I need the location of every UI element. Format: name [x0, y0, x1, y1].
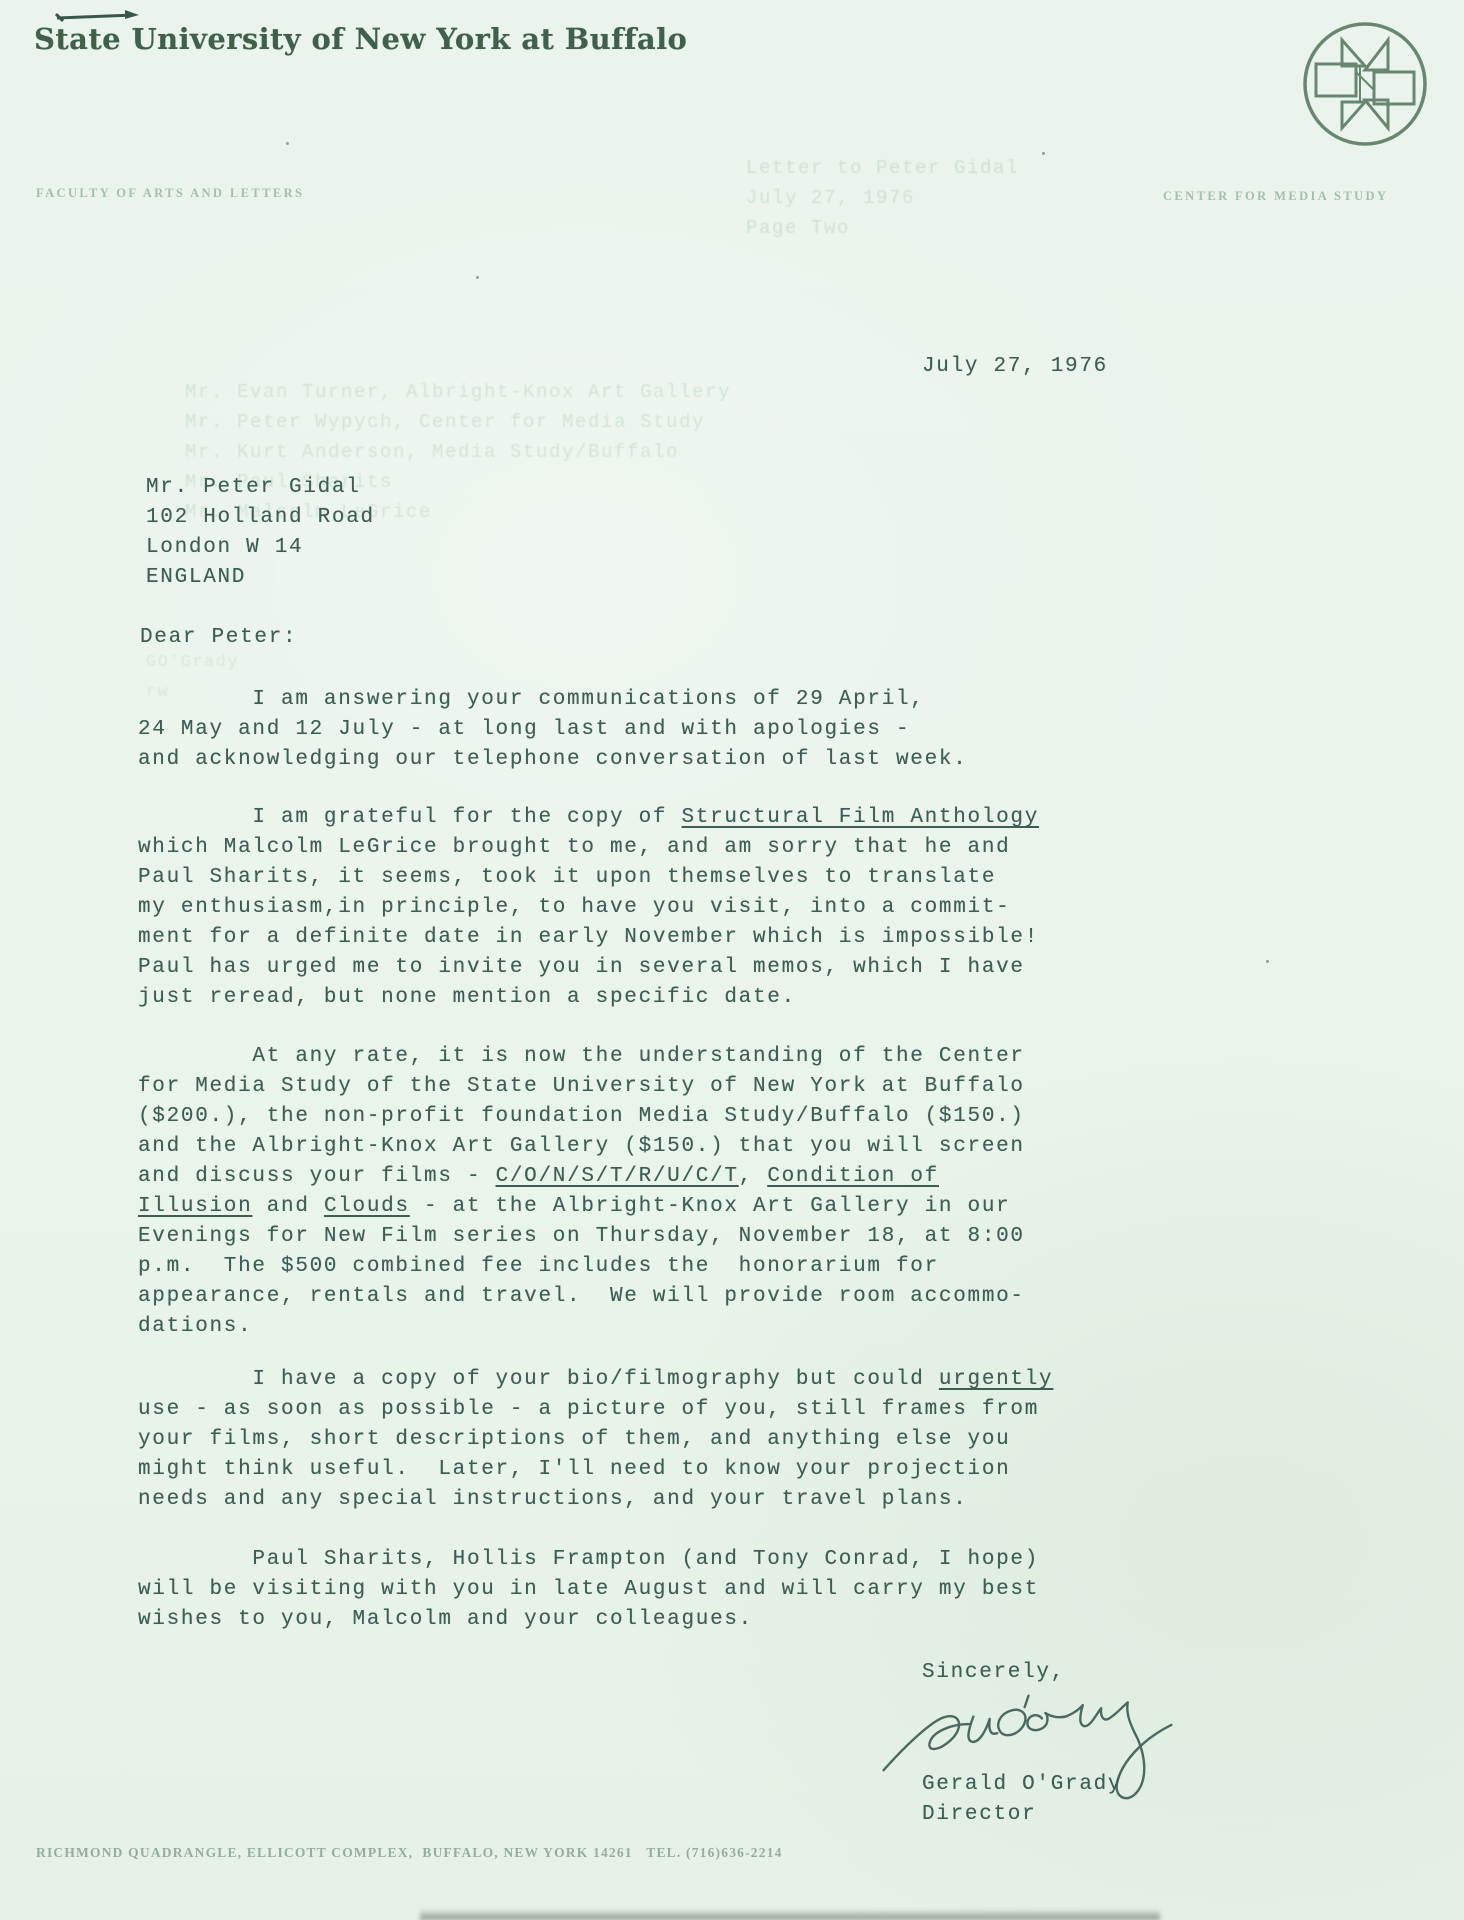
text-line: use - as soon as possible - a picture of…	[138, 1395, 1053, 1425]
text-line: Letter to Peter Gidal	[746, 153, 1019, 183]
text-line: 24 May and 12 July - at long last and wi…	[138, 715, 968, 745]
text-line: Illusion and Clouds - at the Albright-Kn…	[138, 1192, 1025, 1222]
text-line: Page Two	[746, 213, 1019, 243]
signer-name: Gerald O'Grady	[922, 1770, 1122, 1800]
text-line: I am grateful for the copy of Structural…	[138, 803, 1039, 833]
text-line: London W 14	[146, 533, 375, 563]
text-line: Mr. Peter Wypych, Center for Media Study	[185, 408, 731, 438]
text-line: and the Albright-Knox Art Gallery ($150.…	[138, 1132, 1025, 1162]
body-paragraph: At any rate, it is now the understanding…	[138, 1042, 1025, 1342]
text-line: 102 Holland Road	[146, 503, 375, 533]
center-for-media-study-label: CENTER FOR MEDIA STUDY	[1163, 189, 1388, 204]
bleedthrough-page-header: Letter to Peter GidalJuly 27, 1976Page T…	[746, 153, 1019, 243]
text-line: appearance, rentals and travel. We will …	[138, 1282, 1025, 1312]
text-line: might think useful. Later, I'll need to …	[138, 1455, 1053, 1485]
footer-address: RICHMOND QUADRANGLE, ELLICOTT COMPLEX, B…	[36, 1845, 783, 1861]
page-bottom-shadow	[420, 1909, 1160, 1920]
body-paragraph: I am answering your communications of 29…	[138, 685, 968, 775]
body-paragraph: I have a copy of your bio/filmography bu…	[138, 1365, 1053, 1515]
scanned-letter-page: State University of New York at Buffalo …	[0, 0, 1464, 1920]
scan-speck	[286, 142, 289, 145]
text-line: ENGLAND	[146, 563, 375, 593]
text-line: wishes to you, Malcolm and your colleagu…	[138, 1605, 1039, 1635]
text-line: needs and any special instructions, and …	[138, 1485, 1053, 1515]
text-line: ($200.), the non-profit foundation Media…	[138, 1102, 1025, 1132]
text-line: ment for a definite date in early Novemb…	[138, 923, 1039, 953]
media-study-logo-icon	[1290, 12, 1446, 162]
text-line: will be visiting with you in late August…	[138, 1575, 1039, 1605]
text-line: Paul has urged me to invite you in sever…	[138, 953, 1039, 983]
text-line: and acknowledging our telephone conversa…	[138, 745, 968, 775]
closing: Sincerely,	[922, 1658, 1065, 1688]
text-line: my enthusiasm,in principle, to have you …	[138, 893, 1039, 923]
text-line: GO'Grady	[146, 650, 239, 680]
text-line: your films, short descriptions of them, …	[138, 1425, 1053, 1455]
text-line: for Media Study of the State University …	[138, 1072, 1025, 1102]
text-line: dations.	[138, 1312, 1025, 1342]
text-line: p.m. The $500 combined fee includes the …	[138, 1252, 1025, 1282]
text-line: Mr. Evan Turner, Albright-Knox Art Galle…	[185, 378, 731, 408]
text-line: Paul Sharits, it seems, took it upon the…	[138, 863, 1039, 893]
scan-speck	[1266, 960, 1269, 963]
scan-speck	[1042, 152, 1045, 155]
faculty-label: FACULTY OF ARTS AND LETTERS	[36, 186, 304, 201]
text-line: Mr. Peter Gidal	[146, 473, 375, 503]
letter-date: July 27, 1976	[922, 352, 1108, 382]
text-line: At any rate, it is now the understanding…	[138, 1042, 1025, 1072]
body-paragraph: Paul Sharits, Hollis Frampton (and Tony …	[138, 1545, 1039, 1635]
salutation: Dear Peter:	[140, 623, 297, 653]
text-line: Evenings for New Film series on Thursday…	[138, 1222, 1025, 1252]
text-line: just reread, but none mention a specific…	[138, 983, 1039, 1013]
text-line: July 27, 1976	[746, 183, 1019, 213]
text-line: which Malcolm LeGrice brought to me, and…	[138, 833, 1039, 863]
text-line: I am answering your communications of 29…	[138, 685, 968, 715]
text-line: Mr. Kurt Anderson, Media Study/Buffalo	[185, 438, 731, 468]
text-line: Paul Sharits, Hollis Frampton (and Tony …	[138, 1545, 1039, 1575]
text-line: I have a copy of your bio/filmography bu…	[138, 1365, 1053, 1395]
recipient-address: Mr. Peter Gidal102 Holland RoadLondon W …	[146, 473, 375, 593]
university-name: State University of New York at Buffalo	[34, 22, 687, 56]
scan-speck	[476, 276, 479, 279]
signer-title: Director	[922, 1800, 1036, 1830]
body-paragraph: I am grateful for the copy of Structural…	[138, 803, 1039, 1013]
text-line: and discuss your films - C/O/N/S/T/R/U/C…	[138, 1162, 1025, 1192]
